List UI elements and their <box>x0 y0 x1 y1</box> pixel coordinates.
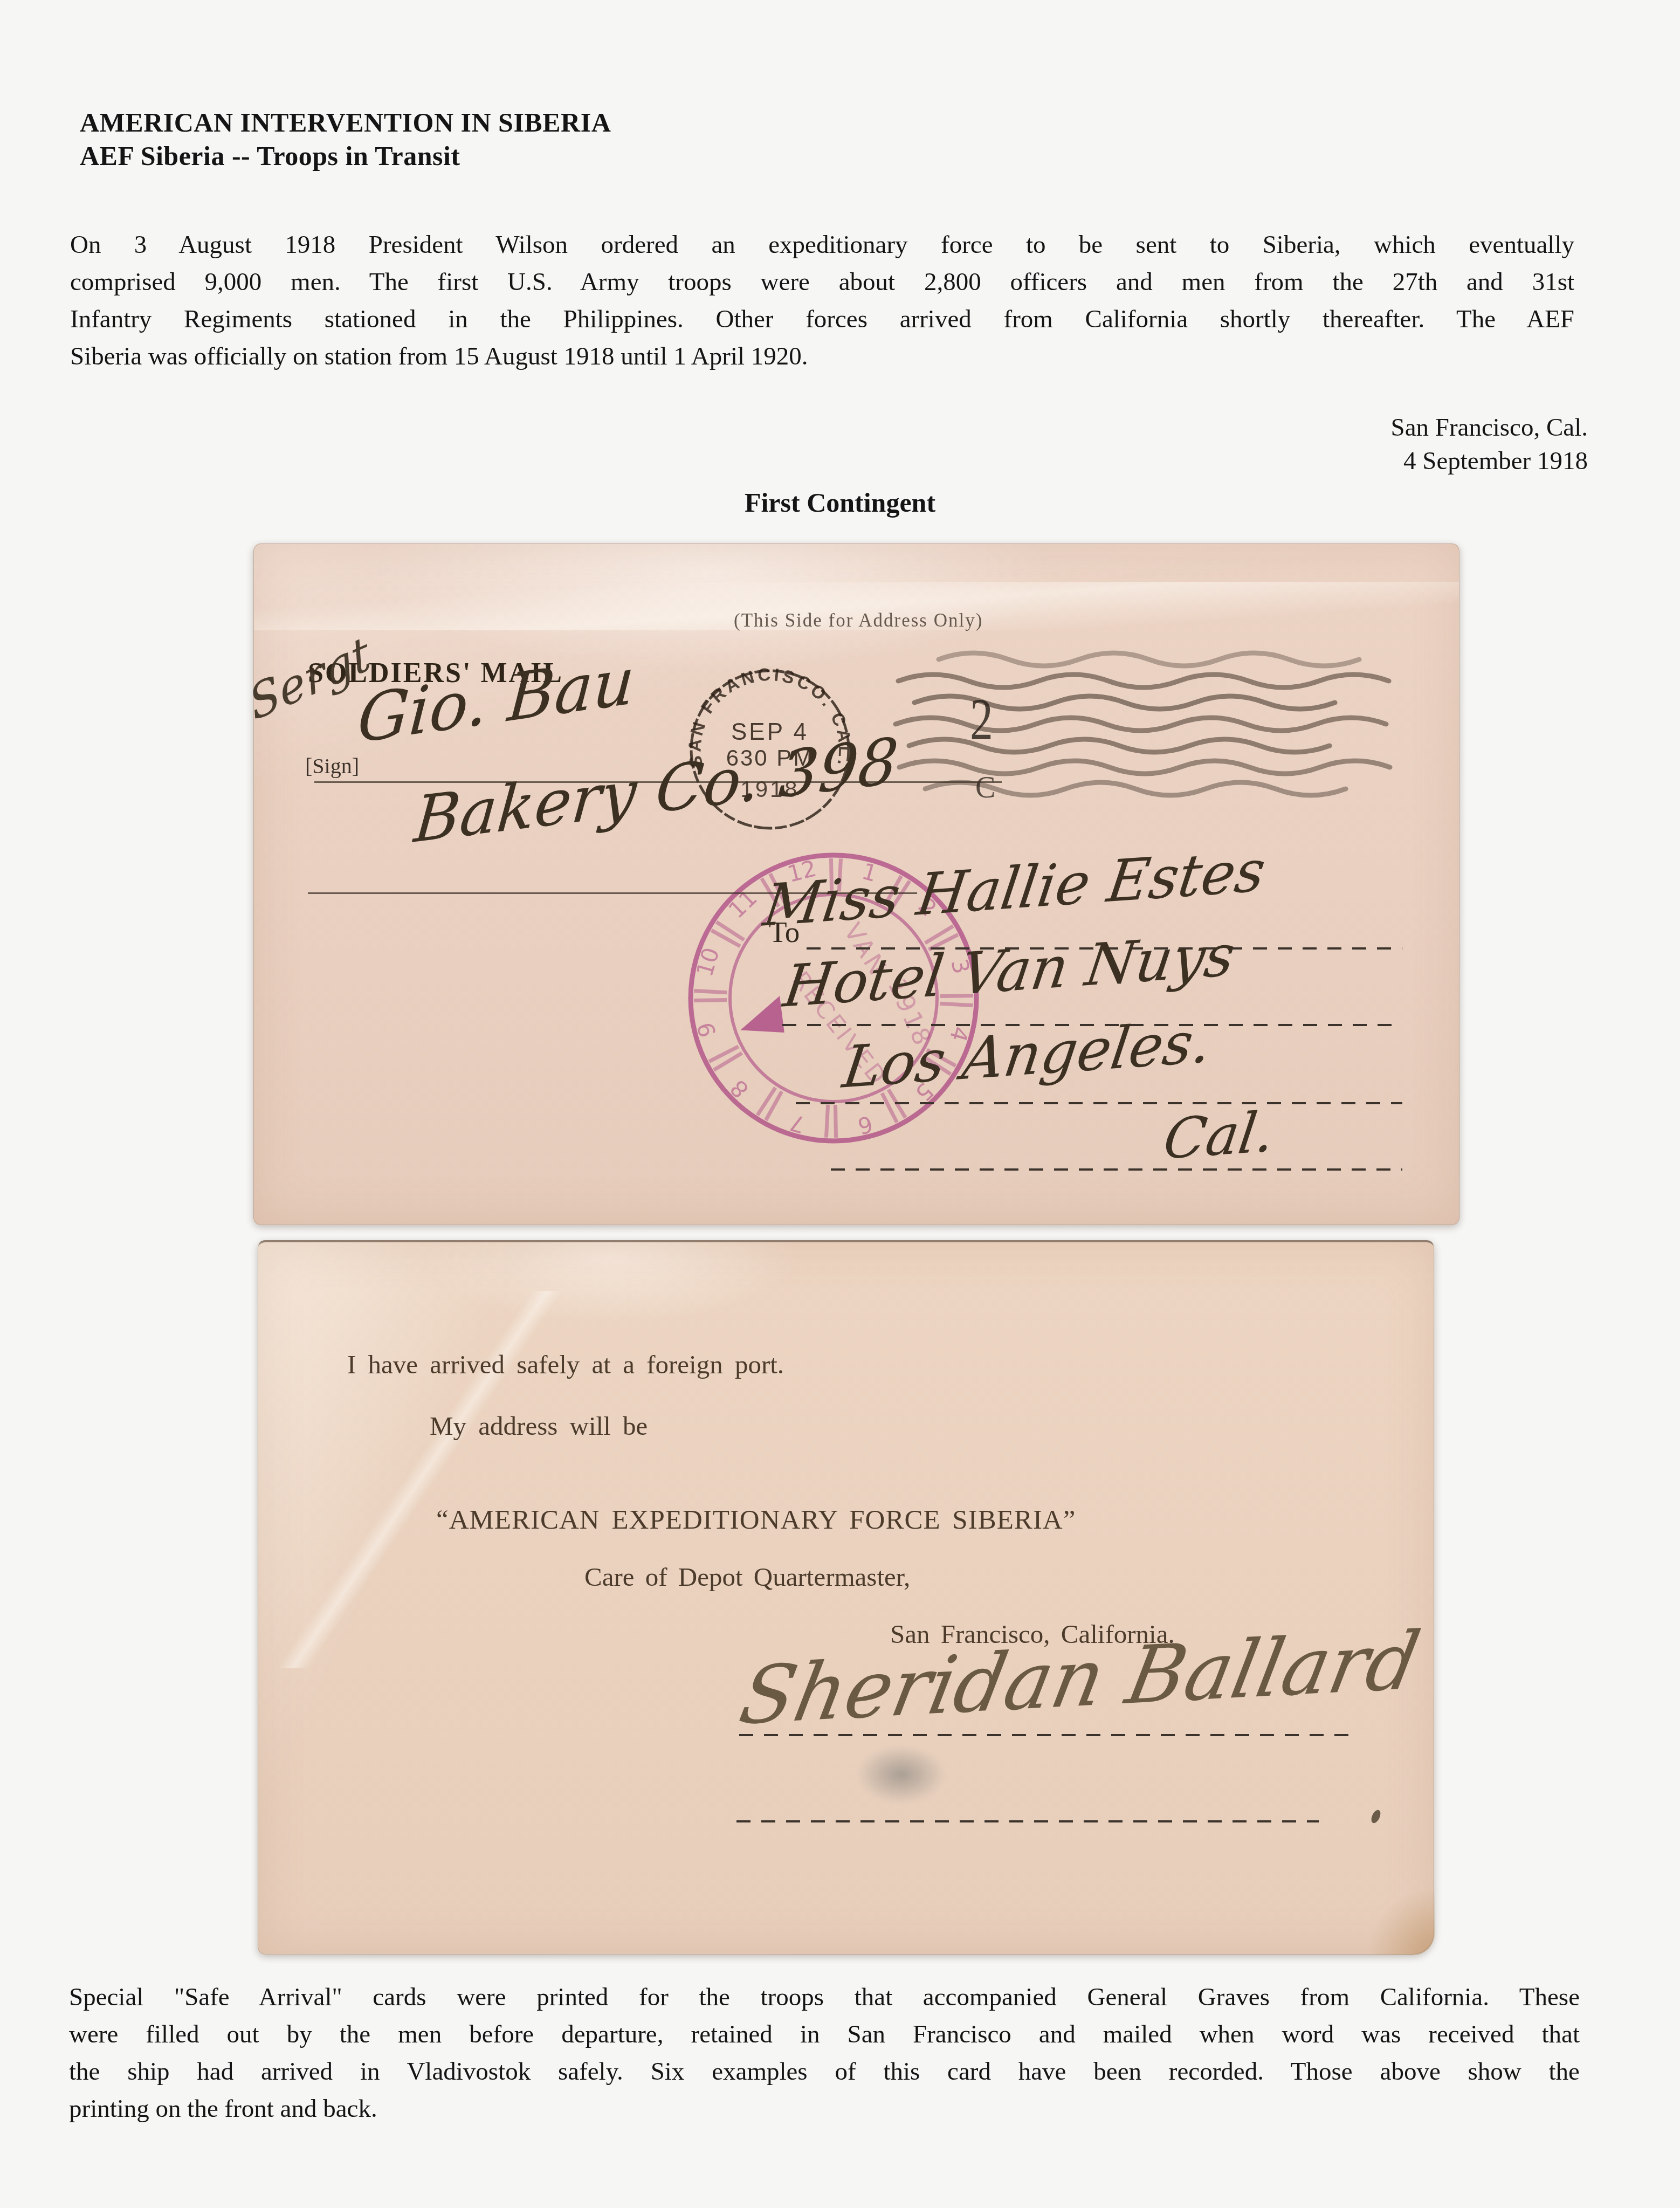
page-title-line2: AEF Siberia -- Troops in Transit <box>80 139 611 173</box>
ink-smudge <box>857 1745 946 1804</box>
ink-fleck <box>1369 1808 1382 1824</box>
handwriting-state: Cal. <box>1160 1099 1278 1172</box>
exhibit-page: AMERICAN INTERVENTION IN SIBERIA AEF Sib… <box>0 0 1680 2208</box>
dateline-place: San Francisco, Cal. <box>1229 411 1588 444</box>
address-rule-4 <box>831 1168 1402 1171</box>
second-rule <box>736 1820 1319 1822</box>
page-title: AMERICAN INTERVENTION IN SIBERIA AEF Sib… <box>80 106 611 173</box>
caption-paragraph-line-1: Special "Safe Arrival" cards were printe… <box>69 1979 1580 2016</box>
intro-paragraph: On 3 August 1918 President Wilson ordere… <box>70 226 1574 375</box>
address-intro-line: My address will be <box>430 1411 648 1441</box>
intro-paragraph-line-4: Siberia was officially on station from 1… <box>70 338 1574 375</box>
quartermaster-line: Care of Depot Quartermaster, <box>584 1562 910 1592</box>
intro-paragraph-line-2: comprised 9,000 men. The first U.S. Army… <box>70 264 1574 301</box>
dateline: San Francisco, Cal. 4 September 1918 <box>1229 411 1588 478</box>
svg-text:7: 7 <box>787 1109 808 1138</box>
cancel-numeral: 2 <box>970 685 993 754</box>
handwriting-signature: Sheridan Ballard <box>733 1614 1427 1743</box>
caption-paragraph-line-4: printing on the front and back. <box>69 2090 1580 2128</box>
caption-paragraph-line-2: were filled out by the men before depart… <box>69 2016 1580 2053</box>
svg-text:9: 9 <box>692 1020 721 1040</box>
corner-stain <box>1365 1890 1435 1955</box>
svg-text:6: 6 <box>855 1110 876 1139</box>
svg-text:11: 11 <box>723 884 762 923</box>
section-heading: First Contingent <box>0 487 1680 518</box>
intro-paragraph-line-1: On 3 August 1918 President Wilson ordere… <box>70 226 1574 264</box>
sign-label: [Sign] <box>305 753 359 779</box>
svg-text:10: 10 <box>691 945 725 980</box>
page-title-line1: AMERICAN INTERVENTION IN SIBERIA <box>80 106 611 139</box>
handwriting-rank: Sergt <box>244 626 375 732</box>
signature-rule <box>739 1734 1359 1736</box>
arrival-line: I have arrived safely at a foreign port. <box>347 1349 784 1380</box>
address-rule-3 <box>796 1102 1402 1104</box>
intro-paragraph-line-3: Infantry Regiments stationed in the Phil… <box>70 301 1574 338</box>
caption-paragraph: Special "Safe Arrival" cards were printe… <box>69 1979 1580 2128</box>
address-side-note: (This Side for Address Only) <box>734 610 983 631</box>
aef-siberia-line: “AMERICAN EXPEDITIONARY FORCE SIBERIA” <box>436 1504 1076 1536</box>
postcard-front: (This Side for Address Only) SOLDIERS' M… <box>253 544 1459 1225</box>
paper-crease <box>280 1291 560 1668</box>
cancel-letter: C <box>975 771 995 805</box>
caption-paragraph-line-3: the ship had arrived in Vladivostok safe… <box>69 2053 1580 2090</box>
postcard-back: I have arrived safely at a foreign port.… <box>258 1240 1434 1955</box>
dateline-date: 4 September 1918 <box>1229 444 1588 478</box>
